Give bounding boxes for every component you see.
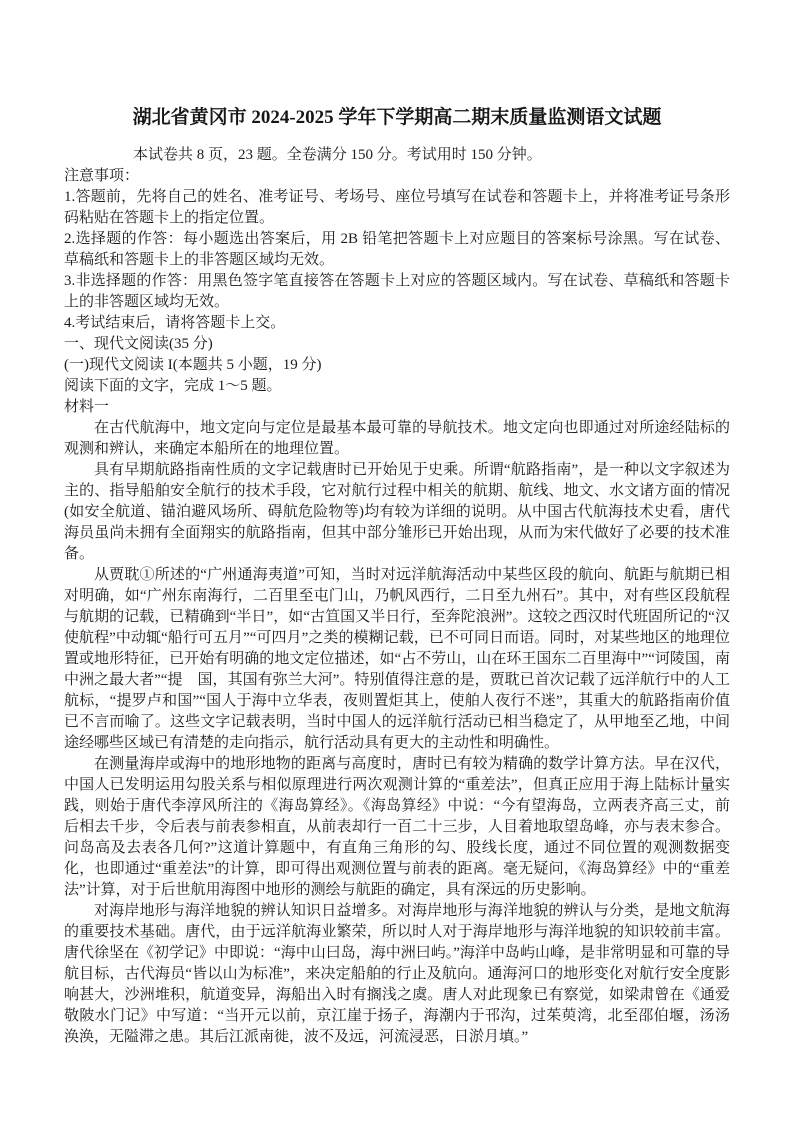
notice-item-2: 2.选择题的作答：每小题选出答案后，用 2B 铅笔把答题卡上对应题目的答案标号涂… <box>64 229 730 271</box>
notice-item-1: 1.答题前，先将自己的姓名、准考证号、考场号、座位号填写在试卷和答题卡上，并将准… <box>64 187 730 229</box>
section-heading: 一、现代文阅读(35 分) <box>64 334 730 355</box>
notice-item-3: 3.非选择题的作答：用黑色签字笔直接答在答题卡上对应的答题区域内。写在试卷、草稿… <box>64 271 730 313</box>
material-label: 材料一 <box>64 397 730 418</box>
body-paragraph-5: 对海岸地形与海洋地貌的辨认知识日益增多。对海岸地形与海洋地貌的辨认与分类，是地文… <box>64 901 730 1048</box>
exam-info-line: 本试卷共 8 页，23 题。全卷满分 150 分。考试用时 150 分钟。 <box>64 145 730 166</box>
page-title: 湖北省黄冈市 2024-2025 学年下学期高二期末质量监测语文试题 <box>64 104 730 131</box>
body-paragraph-3: 从贾耽①所述的“广州通海夷道”可知，当时对远洋航海活动中某些区段的航向、航距与航… <box>64 565 730 754</box>
exam-paper-page: 湖北省黄冈市 2024-2025 学年下学期高二期末质量监测语文试题 本试卷共 … <box>0 0 794 1123</box>
subsection-heading: (一)现代文阅读 I(本题共 5 小题，19 分) <box>64 355 730 376</box>
body-paragraph-1: 在古代航海中，地文定向与定位是最基本最可靠的导航技术。地文定向也即通过对所途经陆… <box>64 418 730 460</box>
notice-item-4: 4.考试结束后，请将答题卡上交。 <box>64 313 730 334</box>
notice-heading: 注意事项： <box>64 166 730 187</box>
body-paragraph-2: 具有早期航路指南性质的文字记载唐时已开始见于史乘。所谓“航路指南”，是一种以文字… <box>64 460 730 565</box>
reading-instruction: 阅读下面的文字，完成 1～5 题。 <box>64 376 730 397</box>
body-paragraph-4: 在测量海岸或海中的地形地物的距离与高度时，唐时已有较为精确的数学计算方法。早在汉… <box>64 754 730 901</box>
